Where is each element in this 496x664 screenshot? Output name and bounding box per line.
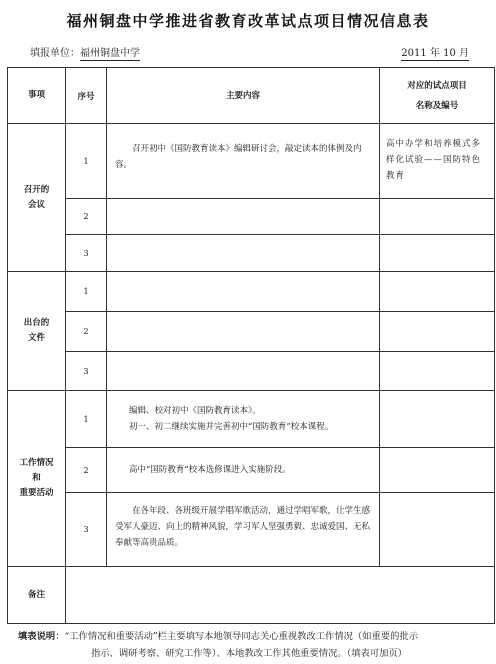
category-meetings: 召开的 会议 bbox=[8, 124, 66, 272]
project-text: 高中办学和培养模式多样化试验——国防特色教育 bbox=[380, 124, 494, 184]
table-row: 2 bbox=[8, 312, 495, 352]
table-row: 2 高中“国防教育”校本选修课进入实施阶段。 bbox=[8, 448, 495, 493]
category-line: 文件 bbox=[8, 331, 65, 346]
header-project: 对应的试点项目 名称及编号 bbox=[380, 68, 495, 124]
header-project-line1: 对应的试点项目 bbox=[380, 76, 494, 96]
project-cell: 高中办学和培养模式多样化试验——国防特色教育 bbox=[380, 124, 495, 199]
table-row: 3 bbox=[8, 352, 495, 391]
main-content-cell bbox=[107, 352, 380, 391]
table-row: 出台的 文件 1 bbox=[8, 272, 495, 312]
header-project-line2: 名称及编号 bbox=[380, 96, 494, 116]
row-number: 1 bbox=[66, 391, 107, 448]
row-number: 2 bbox=[66, 199, 107, 235]
fill-unit-label: 填报单位： bbox=[30, 48, 80, 59]
row-number: 1 bbox=[66, 124, 107, 199]
document-title: 福州铜盘中学推进省教育改革试点项目情况信息表 bbox=[0, 10, 496, 31]
header-number: 序号 bbox=[66, 68, 107, 124]
category-line: 会议 bbox=[8, 198, 65, 213]
remarks-label: 备注 bbox=[8, 567, 66, 624]
header-category: 事项 bbox=[8, 68, 66, 124]
main-content-cell bbox=[107, 235, 380, 272]
category-documents: 出台的 文件 bbox=[8, 272, 66, 391]
category-line: 重要活动 bbox=[8, 486, 65, 501]
remarks-value bbox=[66, 567, 495, 624]
project-cell bbox=[380, 448, 495, 493]
category-line: 和 bbox=[8, 471, 65, 486]
category-line: 工作情况 bbox=[8, 456, 65, 471]
fill-unit: 填报单位：福州铜盘中学 bbox=[30, 44, 140, 59]
header-main-content: 主要内容 bbox=[107, 68, 380, 124]
project-cell bbox=[380, 312, 495, 352]
table-row: 3 bbox=[8, 235, 495, 272]
remarks-row: 备注 bbox=[8, 567, 495, 624]
table-row: 工作情况 和 重要活动 1 编辑、校对初中《国防教育读本》。 初一、初二继续实施… bbox=[8, 391, 495, 448]
main-content-cell bbox=[107, 272, 380, 312]
main-content-cell: 在各年段、各班级开展学唱军歌活动，通过学唱军歌，让学生感受军人豪迈、向上的精神风… bbox=[107, 493, 380, 567]
instructions-line2: 指示、调研考察、研究工作等）、本地教改工作其他重要情况。（填表可加页） bbox=[14, 645, 484, 662]
instructions-label: 填表说明 bbox=[18, 631, 55, 642]
main-content-cell: 召开初中《国防教育读本》编辑研讨会，敲定读本的体例及内容。 bbox=[107, 124, 380, 199]
fill-unit-value: 福州铜盘中学 bbox=[80, 48, 140, 61]
category-line: 召开的 bbox=[8, 183, 65, 198]
report-date: 2011 年 10 月 bbox=[401, 44, 469, 61]
instructions-line1: ：“工作情况和重要活动”栏主要填写本地领导同志关心重视教改工作情况（如重要的批示 bbox=[55, 631, 418, 642]
row-number: 2 bbox=[66, 312, 107, 352]
project-cell bbox=[380, 235, 495, 272]
main-content-cell bbox=[107, 199, 380, 235]
main-content-text: 编辑、校对初中《国防教育读本》。 bbox=[107, 403, 379, 419]
main-content-cell: 高中“国防教育”校本选修课进入实施阶段。 bbox=[107, 448, 380, 493]
main-content-text: 在各年段、各班级开展学唱军歌活动，通过学唱军歌，让学生感受军人豪迈、向上的精神风… bbox=[107, 503, 379, 557]
row-number: 1 bbox=[66, 272, 107, 312]
category-work-activities: 工作情况 和 重要活动 bbox=[8, 391, 66, 567]
project-cell bbox=[380, 391, 495, 448]
table-row: 2 bbox=[8, 199, 495, 235]
table-row: 召开的 会议 1 召开初中《国防教育读本》编辑研讨会，敲定读本的体例及内容。 高… bbox=[8, 124, 495, 199]
table-row: 3 在各年段、各班级开展学唱军歌活动，通过学唱军歌，让学生感受军人豪迈、向上的精… bbox=[8, 493, 495, 567]
info-table: 事项 序号 主要内容 对应的试点项目 名称及编号 召开的 会议 1 召开初中《国… bbox=[7, 67, 495, 624]
row-number: 3 bbox=[66, 235, 107, 272]
main-content-cell bbox=[107, 312, 380, 352]
row-number: 3 bbox=[66, 352, 107, 391]
main-content-text: 召开初中《国防教育读本》编辑研讨会，敲定读本的体例及内容。 bbox=[107, 141, 379, 181]
main-content-text: 高中“国防教育”校本选修课进入实施阶段。 bbox=[107, 462, 379, 478]
main-content-cell: 编辑、校对初中《国防教育读本》。 初一、初二继续实施并完善初中“国防教育”校本课… bbox=[107, 391, 380, 448]
row-number: 2 bbox=[66, 448, 107, 493]
project-cell bbox=[380, 493, 495, 567]
row-number: 3 bbox=[66, 493, 107, 567]
table-header-row: 事项 序号 主要内容 对应的试点项目 名称及编号 bbox=[8, 68, 495, 124]
category-line: 出台的 bbox=[8, 316, 65, 331]
fill-instructions: 填表说明：“工作情况和重要活动”栏主要填写本地领导同志关心重视教改工作情况（如重… bbox=[14, 628, 484, 662]
main-content-text: 初一、初二继续实施并完善初中“国防教育”校本课程。 bbox=[107, 419, 379, 435]
project-cell bbox=[380, 272, 495, 312]
project-cell bbox=[380, 199, 495, 235]
project-cell bbox=[380, 352, 495, 391]
